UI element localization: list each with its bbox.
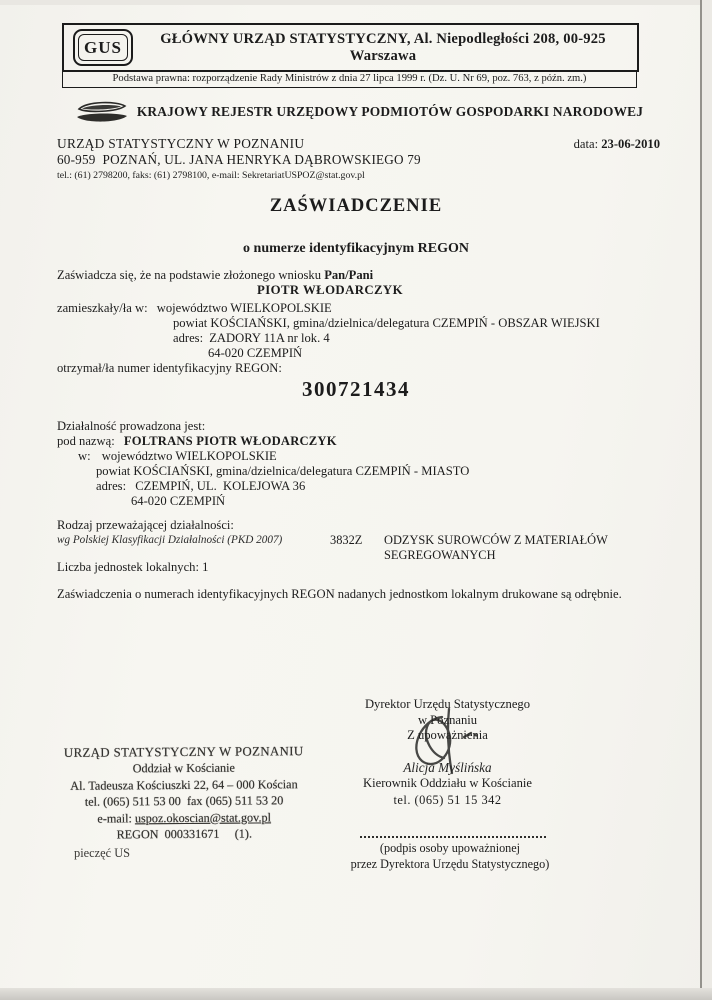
residence-address-label: adres: <box>173 331 203 345</box>
pkd-classification: wg Polskiej Klasyfikacji Działalności (P… <box>57 534 282 546</box>
scan-edge-top <box>0 0 712 5</box>
scan-edge-right-margin <box>702 0 712 1000</box>
activity-district: powiat KOŚCIAŃSKI, gmina/dzielnica/deleg… <box>96 464 469 479</box>
signature-caption-line2: przez Dyrektora Urzędu Statystycznego) <box>325 857 575 873</box>
stamp-address: Al. Tadeusza Kościuszki 22, 64 – 000 Koś… <box>50 776 318 794</box>
signature-caption-line1: (podpis osoby upoważnionej <box>325 841 575 857</box>
activity-name-label: pod nazwą: <box>57 434 115 448</box>
signer-name: Alicja Myślińska <box>330 760 565 776</box>
signature-authorization: Z upoważnienia <box>330 728 565 744</box>
gus-logo-inner-frame: GUS <box>78 34 128 61</box>
pkd-heading: Rodzaj przeważającej działalności: <box>57 518 234 533</box>
regon-number: 300721434 <box>0 377 712 402</box>
activity-address-line: adres: CZEMPIŃ, UL. KOLEJOWA 36 <box>96 479 305 494</box>
issuing-office-address: 60-959 POZNAŃ, UL. JANA HENRYKA DĄBROWSK… <box>57 152 421 168</box>
signer-role: Kierownik Oddziału w Kościanie <box>330 776 565 791</box>
activity-name: FOLTRANS PIOTR WŁODARCZYK <box>124 434 337 448</box>
residence-line: zamieszkały/ła w: województwo WIELKOPOLS… <box>57 301 332 316</box>
activity-address-label: adres: <box>96 479 126 493</box>
gus-logo-icon: GUS <box>73 29 133 66</box>
issue-date-value: 23-06-2010 <box>601 137 660 151</box>
intro-line: Zaświadcza się, że na podstawie złożoneg… <box>57 268 373 283</box>
residence-district: powiat KOŚCIAŃSKI, gmina/dzielnica/deleg… <box>173 316 600 331</box>
local-units-note: Zaświadczenia o numerach identyfikacyjny… <box>57 586 671 602</box>
issuing-office-name: URZĄD STATYSTYCZNY W POZNANIU <box>57 136 304 152</box>
activity-address: CZEMPIŃ, UL. KOLEJOWA 36 <box>135 479 305 493</box>
residence-province: województwo WIELKOPOLSKIE <box>157 301 332 315</box>
signer-phone: tel. (065) 51 15 342 <box>330 793 565 808</box>
office-stamp: URZĄD STATYSTYCZNY W POZNANIU Oddział w … <box>50 743 319 843</box>
issue-date: data: 23-06-2010 <box>500 137 660 152</box>
stamp-office-name: URZĄD STATYSTYCZNY W POZNANIU <box>50 743 318 761</box>
pkd-description: ODZYSK SUROWCÓW Z MATERIAŁÓW SEGREGOWANY… <box>384 533 634 562</box>
regon-registry-emblem-icon <box>72 100 130 131</box>
stamp-email: uspoz.okoscian@stat.gov.pl <box>135 810 271 825</box>
stamp-caption: pieczęć US <box>74 846 130 861</box>
stamp-phone-fax: tel. (065) 511 53 00 fax (065) 511 53 20 <box>50 792 318 810</box>
gus-logo-text: GUS <box>84 38 122 58</box>
activity-name-line: pod nazwą: FOLTRANS PIOTR WŁODARCZYK <box>57 434 337 449</box>
registry-title: KRAJOWY REJESTR URZĘDOWY PODMIOTÓW GOSPO… <box>130 104 650 120</box>
person-name: PIOTR WŁODARCZYK <box>0 283 660 298</box>
received-regon-label: otrzymał/ła numer identyfikacyjny REGON: <box>57 361 282 376</box>
signature-title-line1: Dyrektor Urzędu Statystycznego <box>330 697 565 713</box>
stamp-email-line: e-mail: uspoz.okoscian@stat.gov.pl <box>50 809 318 827</box>
residence-address: ZADORY 11A nr lok. 4 <box>209 331 329 345</box>
activity-location-line: w: województwo WIELKOPOLSKIE <box>78 449 277 464</box>
scan-edge-bottom <box>0 988 712 1000</box>
activity-province: województwo WIELKOPOLSKIE <box>102 449 277 463</box>
activity-location-label: w: <box>78 449 91 463</box>
stamp-branch: Oddział w Kościanie <box>50 759 318 777</box>
issuing-office-contact: tel.: (61) 2798200, faks: (61) 2798100, … <box>57 170 365 181</box>
residence-address-line: adres: ZADORY 11A nr lok. 4 <box>173 331 330 346</box>
agency-title: GŁÓWNY URZĄD STATYSTYCZNY, Al. Niepodleg… <box>133 31 637 65</box>
signature-caption: (podpis osoby upoważnionej przez Dyrekto… <box>325 841 575 872</box>
signature-dotted-line <box>360 824 546 838</box>
pkd-code: 3832Z <box>330 533 362 548</box>
document-title: ZAŚWIADCZENIE <box>0 196 712 217</box>
signature-title-block: Dyrektor Urzędu Statystycznego w Poznani… <box>330 697 565 744</box>
residence-postal: 64-020 CZEMPIŃ <box>208 346 302 361</box>
intro-salutation: Pan/Pani <box>324 268 373 282</box>
scanned-certificate-page: GUS GŁÓWNY URZĄD STATYSTYCZNY, Al. Niepo… <box>0 0 712 1000</box>
activity-heading: Działalność prowadzona jest: <box>57 419 205 434</box>
residence-label: zamieszkały/ła w: <box>57 301 148 315</box>
legal-basis-box: Podstawa prawna: rozporządzenie Rady Min… <box>62 70 637 88</box>
stamp-regon-line: REGON 000331671 (1). <box>50 825 318 843</box>
issue-date-label: data: <box>574 137 598 151</box>
legal-basis-text: Podstawa prawna: rozporządzenie Rady Min… <box>113 73 587 84</box>
intro-text: Zaświadcza się, że na podstawie złożoneg… <box>57 268 321 282</box>
signature-title-line2: w Poznaniu <box>330 713 565 729</box>
local-units-line: Liczba jednostek lokalnych: 1 <box>57 560 208 575</box>
agency-header-box: GUS GŁÓWNY URZĄD STATYSTYCZNY, Al. Niepo… <box>62 23 639 72</box>
document-subtitle: o numerze identyfikacyjnym REGON <box>0 241 712 257</box>
activity-postal: 64-020 CZEMPIŃ <box>131 494 225 509</box>
stamp-email-label: e-mail: <box>97 811 135 825</box>
